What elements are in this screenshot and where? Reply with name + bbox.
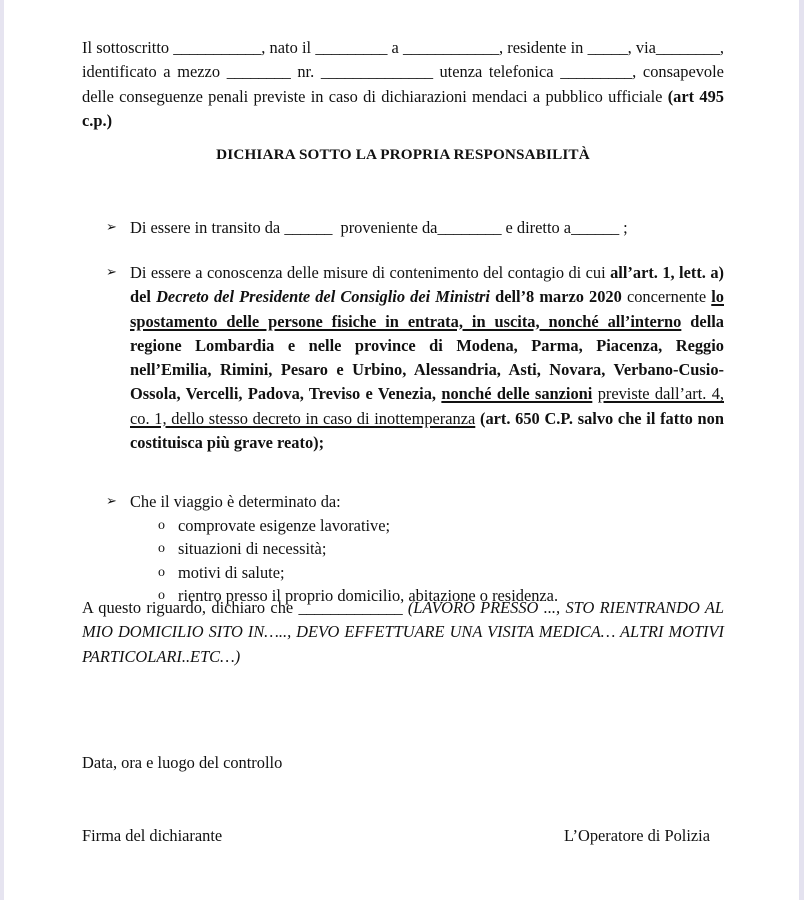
officer-signature-label: L’Operatore di Polizia	[564, 824, 710, 848]
arrow-bullet-icon: ➢	[106, 261, 117, 285]
id-number-field[interactable]: ______________	[321, 62, 433, 81]
origin-label: proveniente da	[341, 218, 438, 237]
declarant-intro-paragraph: Il sottoscritto ___________, nato il ___…	[82, 36, 724, 133]
reason-label: comprovate esigenze lavorative;	[178, 514, 390, 537]
declaration-heading: DICHIARA SOTTO LA PROPRIA RESPONSABILITÀ	[82, 143, 724, 167]
birthdate-field[interactable]: _________	[315, 38, 387, 57]
reason-label: motivi di salute;	[178, 561, 285, 584]
intro-text: , via	[628, 38, 656, 57]
destination-label: e diretto a	[506, 218, 572, 237]
list-item-awareness: ➢ Di essere a conoscenza delle misure di…	[106, 261, 724, 455]
reason-item-work[interactable]: o comprovate esigenze lavorative;	[158, 514, 718, 537]
awareness-text: concernente	[627, 287, 706, 306]
awareness-text: Di essere a conoscenza delle misure di c…	[130, 263, 606, 282]
circle-bullet-icon: o	[158, 561, 165, 584]
declaration-detail-field[interactable]: _____________	[299, 598, 403, 617]
list-item-travel-reason: ➢ Che il viaggio è determinato da:	[106, 490, 724, 514]
arrow-bullet-icon: ➢	[106, 490, 117, 514]
intro-text: , nato il	[261, 38, 311, 57]
sanctions-clause: nonché delle sanzioni	[441, 384, 592, 403]
destination-field[interactable]: ______	[571, 218, 619, 237]
transit-text: Di essere in transito da	[130, 218, 280, 237]
id-document-field[interactable]: ________	[227, 62, 291, 81]
intro-text: , residente in	[499, 38, 583, 57]
page-edge-left	[0, 0, 4, 900]
declarant-signature-label: Firma del dichiarante	[82, 824, 222, 848]
intro-text: Il sottoscritto	[82, 38, 169, 57]
declaration-lead: A questo riguardo, dichiaro che	[82, 598, 293, 617]
decree-name: Decreto del Presidente del Consiglio dei…	[156, 287, 490, 306]
decree-date: dell’8 marzo 2020	[495, 287, 622, 306]
date-time-place-label: Data, ora e luogo del controllo	[82, 751, 282, 775]
arrow-bullet-icon: ➢	[106, 216, 117, 240]
intro-text: a	[392, 38, 399, 57]
page-edge-right	[799, 0, 804, 900]
declaration-detail-paragraph: A questo riguardo, dichiaro che ________…	[82, 596, 724, 669]
reason-item-necessity[interactable]: o situazioni di necessità;	[158, 537, 718, 560]
list-item-transit: ➢ Di essere in transito da ______ proven…	[106, 216, 724, 240]
name-field[interactable]: ___________	[173, 38, 261, 57]
reason-label: situazioni di necessità;	[178, 537, 326, 560]
transit-field[interactable]: ______	[284, 218, 332, 237]
circle-bullet-icon: o	[158, 537, 165, 560]
intro-text: utenza telefonica	[439, 62, 553, 81]
birthplace-field[interactable]: ____________	[403, 38, 499, 57]
reason-item-health[interactable]: o motivi di salute;	[158, 561, 718, 584]
intro-text: nr.	[297, 62, 314, 81]
transit-end: ;	[623, 218, 628, 237]
circle-bullet-icon: o	[158, 514, 165, 537]
travel-reasons-list: o comprovate esigenze lavorative; o situ…	[158, 514, 718, 607]
residence-field[interactable]: _____	[588, 38, 628, 57]
phone-field[interactable]: _________	[560, 62, 632, 81]
origin-field[interactable]: ________	[437, 218, 501, 237]
document-page: Il sottoscritto ___________, nato il ___…	[82, 36, 724, 133]
travel-reason-text: Che il viaggio è determinato da:	[130, 492, 341, 511]
street-field[interactable]: ________	[656, 38, 720, 57]
